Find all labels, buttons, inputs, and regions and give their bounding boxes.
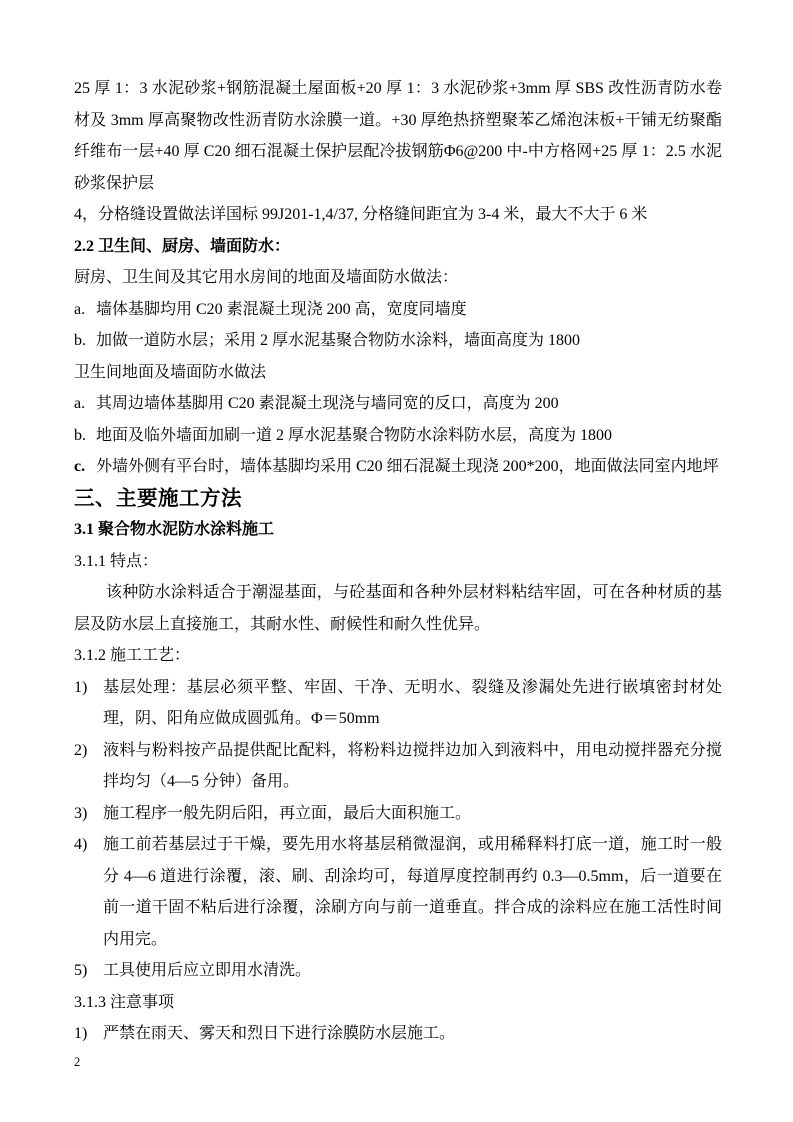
list-item-text: 液料与粉料按产品提供配比配料，将粉料边搅拌边加入到液料中，用电动搅拌器充分搅拌均…: [103, 735, 722, 798]
paragraph-bathroom-floor-wall-method: 卫生间地面及墙面防水做法: [74, 357, 722, 389]
list-marker-a: a.: [74, 294, 96, 326]
paragraph-kitchen-bathroom-method-intro: 厨房、卫生间及其它用水房间的地面及墙面防水做法：: [74, 262, 722, 294]
heading-2-2-bathroom-kitchen-wall-waterproofing: 2.2 卫生间、厨房、墙面防水：: [74, 231, 722, 263]
list-marker-2: 2): [74, 735, 103, 798]
numbered-item-1-weather-restriction: 1) 严禁在雨天、雾天和烈日下进行涂膜防水层施工。: [74, 1018, 722, 1050]
heading-3-1-2-process: 3.1.2 施工工艺：: [74, 640, 722, 672]
list-marker-b: b.: [74, 325, 96, 357]
list-item-text: 其周边墙体基脚用 C20 素混凝土现浇与墙同宽的反口，高度为 200: [96, 388, 722, 420]
heading-3-1-polymer-cement-coating: 3.1 聚合物水泥防水涂料施工: [74, 514, 722, 546]
page-number: 2: [74, 1052, 80, 1072]
numbered-item-3-procedure-order: 3) 施工程序一般先阴后阳，再立面，最后大面积施工。: [74, 798, 722, 830]
list-item-text: 工具使用后应立即用水清洗。: [103, 955, 722, 987]
list-item-text: 地面及临外墙面加刷一道 2 厚水泥基聚合物防水涂料防水层，高度为 1800: [96, 420, 722, 452]
document-body: 25 厚 1：3 水泥砂浆+钢筋混凝土屋面板+20 厚 1：3 水泥砂浆+3mm…: [74, 73, 722, 1050]
list-item-c-exterior-platform: c. 外墙外侧有平台时，墙体基脚均采用 C20 细石混凝土现浇 200*200，…: [74, 451, 722, 483]
list-item-text: 基层处理：基层必须平整、牢固、干净、无明水、裂缝及渗漏处先进行嵌填密封材处理，阴…: [103, 672, 722, 735]
list-marker-b2: b.: [74, 420, 96, 452]
list-marker-3: 3): [74, 798, 103, 830]
heading-3-1-1-features: 3.1.1 特点：: [74, 546, 722, 578]
heading-section-3-main-construction-methods: 三、主要施工方法: [74, 483, 722, 515]
numbered-item-2-mixing: 2) 液料与粉料按产品提供配比配料，将粉料边搅拌边加入到液料中，用电动搅拌器充分…: [74, 735, 722, 798]
list-marker-c: c.: [74, 451, 96, 483]
list-item-text: 施工程序一般先阴后阳，再立面，最后大面积施工。: [103, 798, 722, 830]
paragraph-roof-construction-layers: 25 厚 1：3 水泥砂浆+钢筋混凝土屋面板+20 厚 1：3 水泥砂浆+3mm…: [74, 73, 722, 199]
list-item-text: 严禁在雨天、雾天和烈日下进行涂膜防水层施工。: [103, 1018, 722, 1050]
list-marker-1: 1): [74, 672, 103, 735]
list-item-a-perimeter-footing: a. 其周边墙体基脚用 C20 素混凝土现浇与墙同宽的反口，高度为 200: [74, 388, 722, 420]
list-item-text: 外墙外侧有平台时，墙体基脚均采用 C20 细石混凝土现浇 200*200，地面做…: [96, 451, 722, 483]
list-item-a-wall-footing: a. 墙体基脚均用 C20 素混凝土现浇 200 高，宽度同墙度: [74, 294, 722, 326]
list-marker-4: 4): [74, 829, 103, 955]
heading-3-1-3-precautions: 3.1.3 注意事项: [74, 987, 722, 1019]
paragraph-coating-features: 该种防水涂料适合于潮湿基面，与砼基面和各种外层材料粘结牢固，可在各种材质的基层及…: [74, 577, 722, 640]
list-marker-a2: a.: [74, 388, 96, 420]
numbered-item-4-coating-application: 4) 施工前若基层过于干燥，要先用水将基层稍微湿润，或用稀释料打底一道，施工时一…: [74, 829, 722, 955]
numbered-item-1-base-treatment: 1) 基层处理：基层必须平整、牢固、干净、无明水、裂缝及渗漏处先进行嵌填密封材处…: [74, 672, 722, 735]
list-item-b-waterproof-layer: b. 加做一道防水层；采用 2 厚水泥基聚合物防水涂料，墙面高度为 1800: [74, 325, 722, 357]
list-item-b-floor-exterior-wall-coating: b. 地面及临外墙面加刷一道 2 厚水泥基聚合物防水涂料防水层，高度为 1800: [74, 420, 722, 452]
document-page: 25 厚 1：3 水泥砂浆+钢筋混凝土屋面板+20 厚 1：3 水泥砂浆+3mm…: [0, 0, 793, 1122]
list-marker-5: 5): [74, 955, 103, 987]
list-marker-note-1: 1): [74, 1018, 103, 1050]
list-item-text: 施工前若基层过于干燥，要先用水将基层稍微湿润，或用稀释料打底一道，施工时一般分 …: [103, 829, 722, 955]
list-item-text: 加做一道防水层；采用 2 厚水泥基聚合物防水涂料，墙面高度为 1800: [96, 325, 722, 357]
list-item-text: 墙体基脚均用 C20 素混凝土现浇 200 高，宽度同墙度: [96, 294, 722, 326]
numbered-item-5-tool-cleaning: 5) 工具使用后应立即用水清洗。: [74, 955, 722, 987]
paragraph-expansion-joint-spec: 4，分格缝设置做法详国标 99J201-1,4/37, 分格缝间距宜为 3-4 …: [74, 199, 722, 231]
